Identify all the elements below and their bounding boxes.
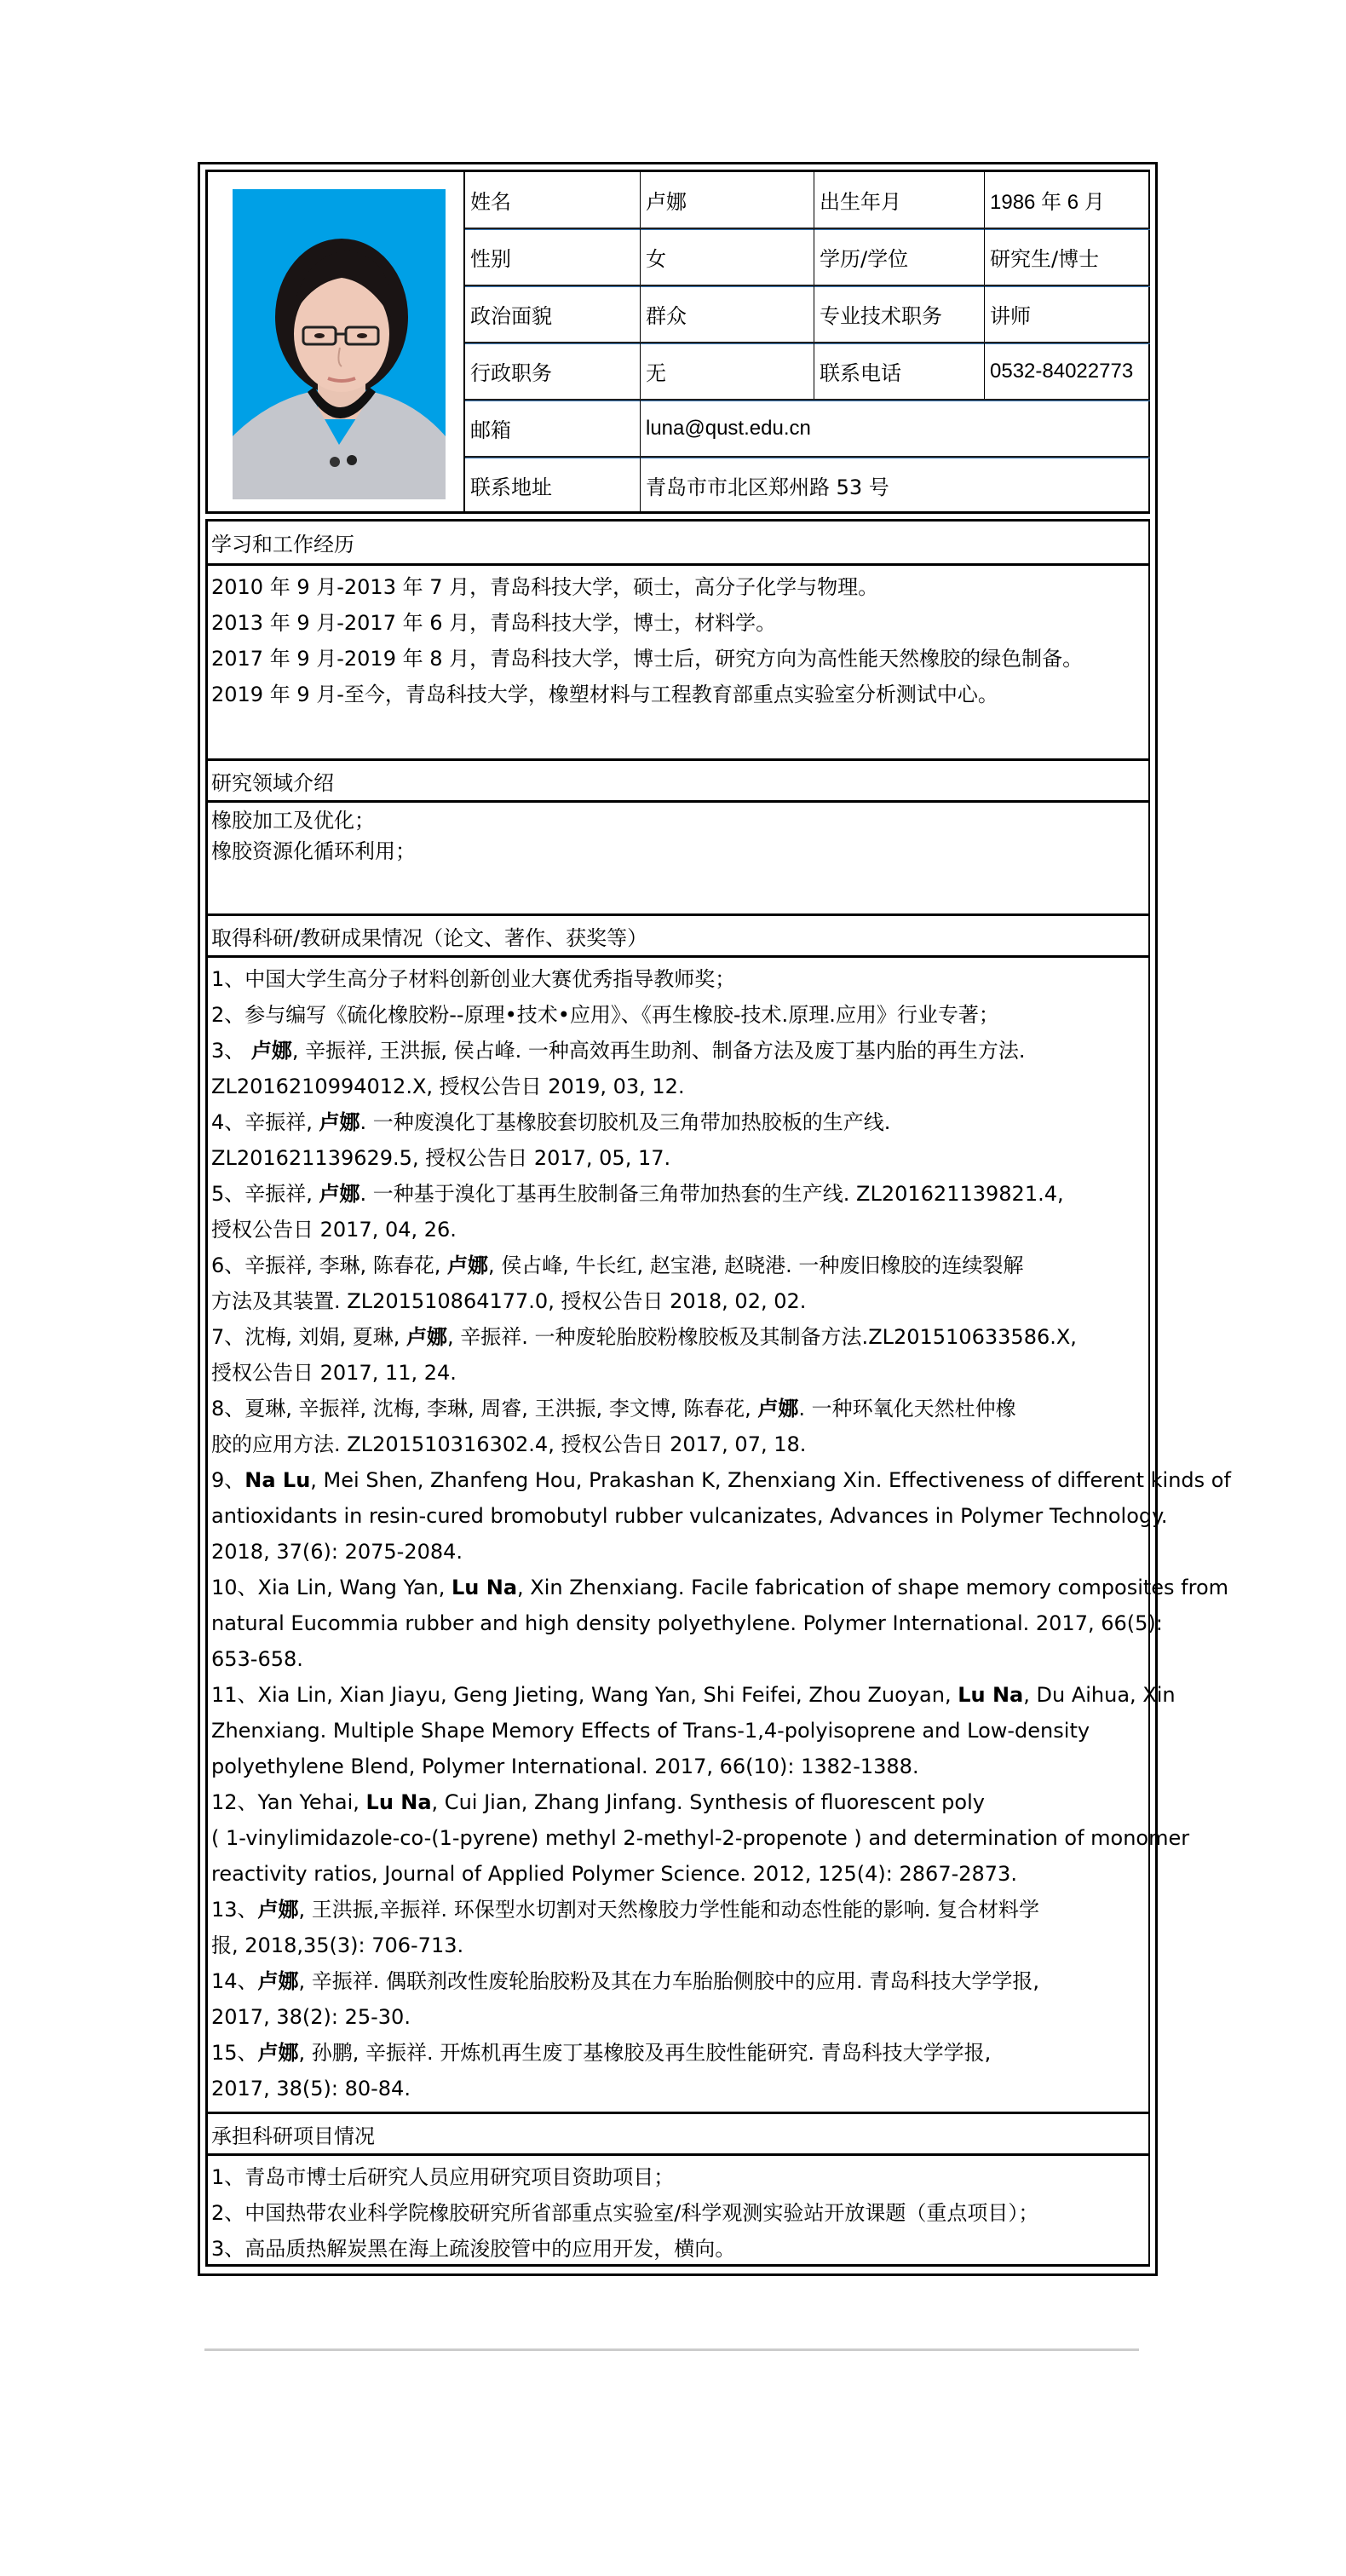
- label-address: 联系地址: [465, 458, 641, 513]
- label-admin-post: 行政职务: [465, 343, 641, 399]
- achievement-line: 报, 2018,35(3): 706-713.: [211, 1928, 1143, 1963]
- achievement-line: 653-658.: [211, 1641, 1143, 1677]
- achievement-line: 胶的应用方法. ZL201510316302.4, 授权公告日 2017, 07…: [211, 1426, 1143, 1462]
- info-row-email: 邮箱 luna@qust.edu.cn: [465, 401, 1150, 458]
- section-body-experience: 2010 年 9 月-2013 年 7 月，青岛科技大学，硕士，高分子化学与物理…: [208, 569, 1148, 712]
- value-phone: 0532-84022773: [985, 343, 1150, 399]
- section-header-experience: 学习和工作经历: [208, 522, 1148, 566]
- achievement-line: 13、卢娜, 王洪振,辛振祥. 环保型水切割对天然橡胶力学性能和动态性能的影响.…: [211, 1892, 1143, 1928]
- achievement-line: ZL2016210994012.X, 授权公告日 2019, 03, 12.: [211, 1069, 1143, 1104]
- section-body-research: 橡胶加工及优化； 橡胶资源化循环利用；: [208, 805, 1148, 867]
- achievement-line: 2017, 38(5): 80-84.: [211, 2071, 1143, 2106]
- section-body-projects: 1、青岛市博士后研究人员应用研究项目资助项目； 2、中国热带农业科学院橡胶研究所…: [208, 2159, 1148, 2267]
- achievement-line: 2018, 37(6): 2075-2084.: [211, 1534, 1143, 1570]
- info-row-name: 姓名 卢娜 出生年月 1986 年 6 月: [465, 172, 1150, 229]
- research-line: 橡胶资源化循环利用；: [211, 836, 1143, 867]
- achievement-line: ( 1-vinylimidazole-co-(1-pyrene) methyl …: [211, 1820, 1143, 1856]
- details-sections: 学习和工作经历 2010 年 9 月-2013 年 7 月，青岛科技大学，硕士，…: [205, 519, 1150, 2267]
- info-row-gender: 性别 女 学历/学位 研究生/博士: [465, 229, 1150, 286]
- achievement-line: 方法及其装置. ZL201510864177.0, 授权公告日 2018, 02…: [211, 1283, 1143, 1319]
- profile-document: 姓名 卢娜 出生年月 1986 年 6 月 性别 女 学历/学位 研究生/博士 …: [198, 162, 1158, 2276]
- experience-line: 2013 年 9 月-2017 年 6 月，青岛科技大学，博士，材料学。: [211, 605, 1143, 641]
- achievement-line: antioxidants in resin-cured bromobutyl r…: [211, 1498, 1143, 1534]
- value-politics: 群众: [641, 286, 814, 342]
- achievement-line: 10、Xia Lin, Wang Yan, Lu Na, Xin Zhenxia…: [211, 1570, 1143, 1605]
- info-grid: 姓名 卢娜 出生年月 1986 年 6 月 性别 女 学历/学位 研究生/博士 …: [465, 172, 1150, 511]
- section-body-achievements: 1、中国大学生高分子材料创新创业大赛优秀指导教师奖； 2、参与编写《硫化橡胶粉-…: [208, 961, 1148, 2106]
- value-address: 青岛市市北区郑州路 53 号: [641, 458, 1150, 513]
- achievement-line: natural Eucommia rubber and high density…: [211, 1605, 1143, 1641]
- label-email: 邮箱: [465, 401, 641, 456]
- research-line: 橡胶加工及优化；: [211, 805, 1143, 836]
- basic-info-table: 姓名 卢娜 出生年月 1986 年 6 月 性别 女 学历/学位 研究生/博士 …: [205, 170, 1150, 514]
- portrait-photo: [233, 189, 446, 499]
- value-title: 讲师: [985, 286, 1150, 342]
- info-row-politics: 政治面貌 群众 专业技术职务 讲师: [465, 286, 1150, 343]
- achievement-line: 1、中国大学生高分子材料创新创业大赛优秀指导教师奖；: [211, 961, 1143, 997]
- section-header-projects: 承担科研项目情况: [208, 2112, 1148, 2156]
- label-degree: 学历/学位: [814, 229, 985, 285]
- achievement-line: 授权公告日 2017, 04, 26.: [211, 1212, 1143, 1248]
- portrait-illustration: [233, 189, 446, 499]
- project-line: 2、中国热带农业科学院橡胶研究所省部重点实验室/科学观测实验站开放课题（重点项目…: [211, 2195, 1143, 2231]
- label-title: 专业技术职务: [814, 286, 985, 342]
- achievement-line: polyethylene Blend, Polymer Internationa…: [211, 1749, 1143, 1784]
- value-admin-post: 无: [641, 343, 814, 399]
- project-line: 1、青岛市博士后研究人员应用研究项目资助项目；: [211, 2159, 1143, 2195]
- value-gender: 女: [641, 229, 814, 285]
- achievement-line: 14、卢娜, 辛振祥. 偶联剂改性废轮胎胶粉及其在力车胎胎侧胶中的应用. 青岛科…: [211, 1963, 1143, 1999]
- experience-line: 2019 年 9 月-至今，青岛科技大学，橡塑材料与工程教育部重点实验室分析测试…: [211, 677, 1143, 712]
- achievement-line: 12、Yan Yehai, Lu Na, Cui Jian, Zhang Jin…: [211, 1784, 1143, 1820]
- achievement-line: 11、Xia Lin, Xian Jiayu, Geng Jieting, Wa…: [211, 1677, 1143, 1713]
- achievement-line: 4、辛振祥, 卢娜. 一种废溴化丁基橡胶套切胶机及三角带加热胶板的生产线.: [211, 1104, 1143, 1140]
- achievement-line: 15、卢娜, 孙鹏, 辛振祥. 开炼机再生废丁基橡胶及再生胶性能研究. 青岛科技…: [211, 2035, 1143, 2071]
- experience-line: 2010 年 9 月-2013 年 7 月，青岛科技大学，硕士，高分子化学与物理…: [211, 569, 1143, 605]
- achievement-line: 7、沈梅, 刘娟, 夏琳, 卢娜, 辛振祥. 一种废轮胎胶粉橡胶板及其制备方法.…: [211, 1319, 1143, 1355]
- value-name: 卢娜: [641, 172, 814, 228]
- achievement-line: Zhenxiang. Multiple Shape Memory Effects…: [211, 1713, 1143, 1749]
- achievement-line: 5、辛振祥, 卢娜. 一种基于溴化丁基再生胶制备三角带加热套的生产线. ZL20…: [211, 1176, 1143, 1212]
- info-row-admin: 行政职务 无 联系电话 0532-84022773: [465, 343, 1150, 401]
- label-politics: 政治面貌: [465, 286, 641, 342]
- achievement-line: 授权公告日 2017, 11, 24.: [211, 1355, 1143, 1391]
- experience-line: 2017 年 9 月-2019 年 8 月，青岛科技大学，博士后，研究方向为高性…: [211, 641, 1143, 677]
- label-name: 姓名: [465, 172, 641, 228]
- info-row-address: 联系地址 青岛市市北区郑州路 53 号: [465, 458, 1150, 511]
- achievement-line: 2、参与编写《硫化橡胶粉--原理•技术•应用》、《再生橡胶-技术.原理.应用》行…: [211, 997, 1143, 1033]
- value-email[interactable]: luna@qust.edu.cn: [641, 401, 1150, 456]
- achievement-line: 8、夏琳, 辛振祥, 沈梅, 李琳, 周睿, 王洪振, 李文博, 陈春花, 卢娜…: [211, 1391, 1143, 1426]
- achievement-line: 9、Na Lu, Mei Shen, Zhanfeng Hou, Prakash…: [211, 1462, 1143, 1498]
- photo-cell: [208, 172, 465, 511]
- achievement-line: reactivity ratios, Journal of Applied Po…: [211, 1856, 1143, 1892]
- value-degree: 研究生/博士: [985, 229, 1150, 285]
- achievement-line: 3、 卢娜, 辛振祥, 王洪振, 侯占峰. 一种高效再生助剂、制备方法及废丁基内…: [211, 1033, 1143, 1069]
- achievement-line: 6、辛振祥, 李琳, 陈春花, 卢娜, 侯占峰, 牛长红, 赵宝港, 赵晓港. …: [211, 1248, 1143, 1283]
- value-birth: 1986 年 6 月: [985, 172, 1150, 228]
- achievement-line: ZL201621139629.5, 授权公告日 2017, 05, 17.: [211, 1140, 1143, 1176]
- label-phone: 联系电话: [814, 343, 985, 399]
- footer-divider: [204, 2348, 1139, 2351]
- section-header-achievements: 取得科研/教研成果情况（论文、著作、获奖等）: [208, 913, 1148, 958]
- achievement-line: 2017, 38(2): 25-30.: [211, 1999, 1143, 2035]
- section-header-research: 研究领域介绍: [208, 758, 1148, 803]
- label-birth: 出生年月: [814, 172, 985, 228]
- project-line: 3、高品质热解炭黑在海上疏浚胶管中的应用开发，横向。: [211, 2231, 1143, 2267]
- label-gender: 性别: [465, 229, 641, 285]
